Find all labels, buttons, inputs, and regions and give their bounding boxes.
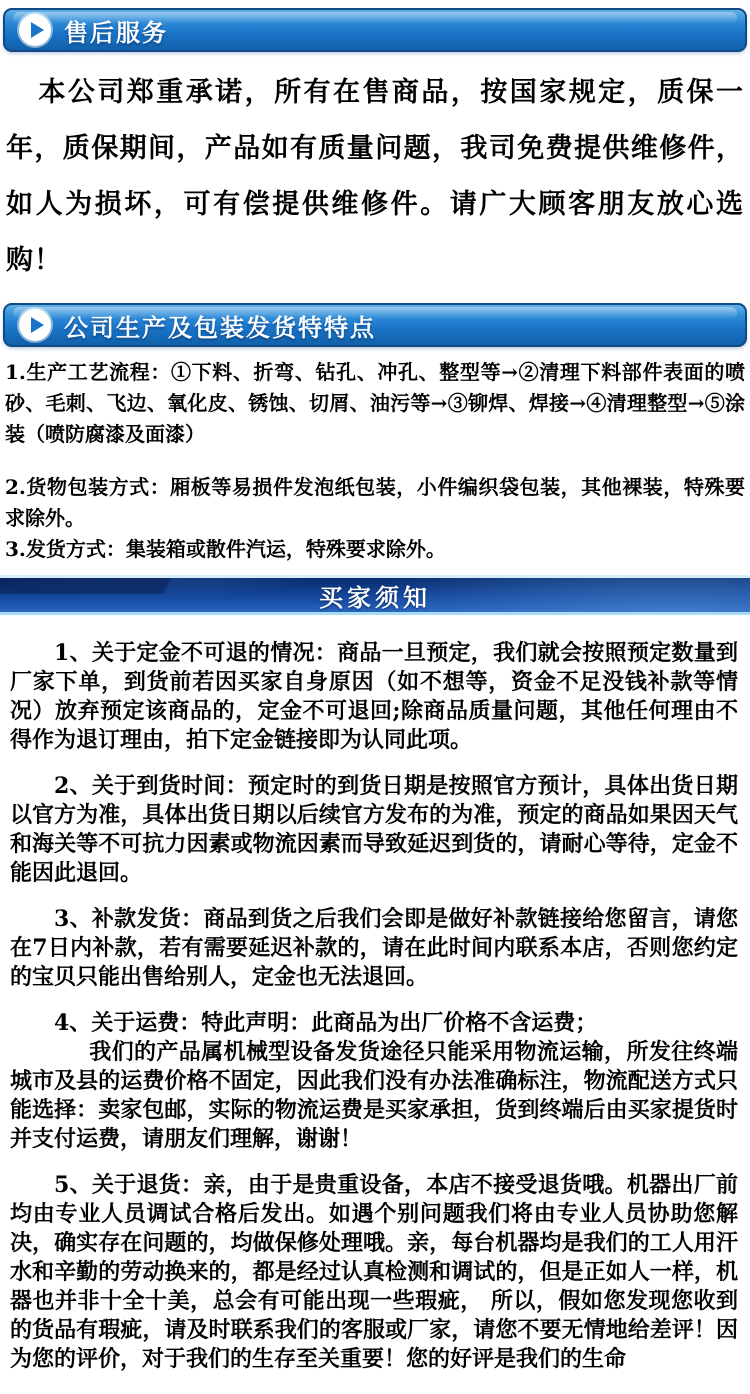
buyer-notice-banner: 买家须知 xyxy=(0,575,750,615)
production-banner: 公司生产及包装发货特特点 xyxy=(3,303,747,347)
production-banner-label: 公司生产及包装发货特特点 xyxy=(64,308,376,343)
shipping-method-item: 3.发货方式：集装箱或散件汽运，特殊要求除外。 xyxy=(5,534,745,565)
play-triangle-icon xyxy=(31,22,44,38)
play-triangle-icon xyxy=(31,317,44,333)
packing-method-item: 2.货物包装方式：厢板等易损件发泡纸包装，小件编织袋包装，其他裸装，特殊要求除外… xyxy=(5,472,745,534)
notice-paragraph-balance-payment: 3、补款发货：商品到货之后我们会即是做好补款链接给您留言，请您在7日内补款，若有… xyxy=(10,905,738,992)
notice-paragraph-freight-head: 4、关于运费：特此声明：此商品为出厂价格不含运费； xyxy=(10,1009,738,1038)
production-notes-section: 1.生产工艺流程：①下料、折弯、钻孔、冲孔、整型等→②清理下料部件表面的喷砂、毛… xyxy=(5,357,745,565)
notice-paragraph-returns: 5、关于退货：亲，由于是贵重设备，本店不接受退货哦。机器出厂前均由专业人员调试合… xyxy=(10,1171,738,1374)
production-process-item: 1.生产工艺流程：①下料、折弯、钻孔、冲孔、整型等→②清理下料部件表面的喷砂、毛… xyxy=(5,357,745,450)
play-icon xyxy=(19,309,51,341)
buyer-notice-section: 1、关于定金不可退的情况：商品一旦预定，我们就会按照预定数量到厂家下单，到货前若… xyxy=(0,615,750,1394)
after-sales-banner: 售后服务 xyxy=(3,8,747,52)
notice-paragraph-arrival-time: 2、关于到货时间：预定时的到货日期是按照官方预计，具体出货日期以官方为准，具体出… xyxy=(10,772,738,888)
product-service-promo-page: 售后服务 本公司郑重承诺，所有在售商品，按国家规定，质保一年，质保期间，产品如有… xyxy=(0,0,750,1394)
after-sales-banner-label: 售后服务 xyxy=(64,13,168,48)
play-icon xyxy=(19,14,51,46)
notice-paragraph-deposit: 1、关于定金不可退的情况：商品一旦预定，我们就会按照预定数量到厂家下单，到货前若… xyxy=(10,639,738,755)
buyer-notice-banner-label: 买家须知 xyxy=(319,578,431,613)
warranty-promise-text: 本公司郑重承诺，所有在售商品，按国家规定，质保一年，质保期间，产品如有质量问题，… xyxy=(6,65,744,289)
notice-paragraph-freight-body: 我们的产品属机械型设备发货途径只能采用物流运输，所发往终端城市及县的运费价格不固… xyxy=(10,1038,738,1154)
